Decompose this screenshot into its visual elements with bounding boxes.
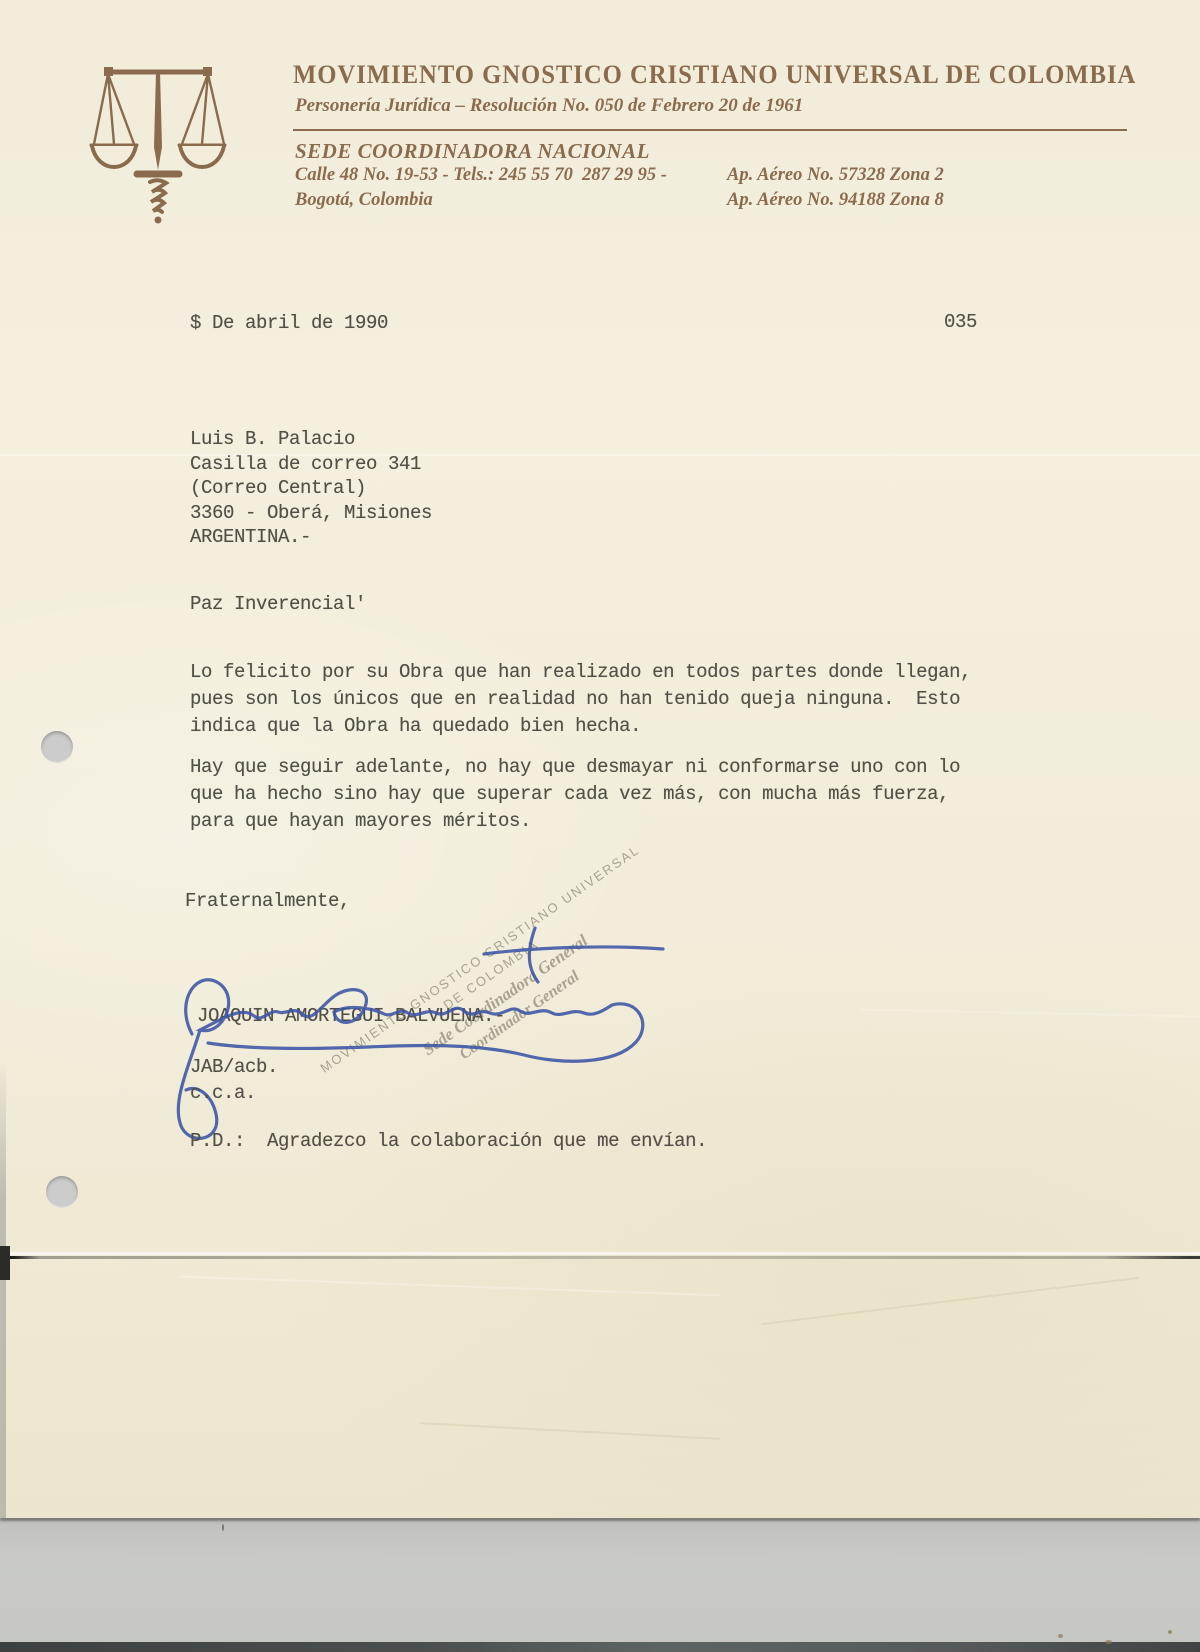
scan-speck [222, 1524, 224, 1531]
office-name: SEDE COORDINADORA NACIONAL [295, 139, 650, 164]
body-paragraph-2: Hay que seguir adelante, no hay que desm… [190, 754, 960, 835]
scan-speck [1105, 1640, 1112, 1644]
city-line: Bogotá, Colombia [295, 190, 433, 211]
paper-crease [860, 1008, 1200, 1017]
date-line: $ De abril de 1990 [190, 312, 388, 334]
po-box-1: Ap. Aéreo No. 57328 Zona 2 [727, 165, 944, 186]
street-and-phones: Calle 48 No. 19-53 - Tels.: 245 55 70 28… [295, 165, 667, 186]
hole-punch-bottom [46, 1176, 78, 1208]
legal-registration-line: Personería Jurídica – Resolución No. 050… [295, 95, 803, 117]
fold-line [0, 1256, 1200, 1259]
paper-left-edge-shadow [0, 1060, 6, 1518]
hole-punch-top [41, 731, 73, 763]
postscript: P.D.: Agradezco la colaboración que me e… [190, 1130, 707, 1152]
scales-of-justice-with-sword-icon [88, 52, 228, 232]
scan-speck [1168, 1630, 1172, 1634]
document-number: 035 [944, 311, 977, 333]
paper-crease [420, 1422, 720, 1440]
scanner-edge-shadow [0, 1642, 1200, 1652]
cc-line: c.c.a. [190, 1082, 256, 1104]
body-paragraph-1: Lo felicito por su Obra que han realizad… [190, 659, 971, 740]
scan-speck [1058, 1634, 1063, 1638]
letter-paper: MOVIMIENTO GNOSTICO CRISTIANO UNIVERSAL … [0, 0, 1200, 1518]
letterhead-rule [293, 129, 1127, 131]
po-box-2: Ap. Aéreo No. 94188 Zona 8 [727, 190, 944, 211]
paper-crease [0, 454, 1200, 456]
scanned-letter-screenshot: MOVIMIENTO GNOSTICO CRISTIANO UNIVERSAL … [0, 0, 1200, 1652]
recipient-address-block: Luis B. Palacio Casilla de correo 341 (C… [190, 427, 432, 550]
closing: Fraternalmente, [185, 890, 350, 912]
org-name: MOVIMIENTO GNOSTICO CRISTIANO UNIVERSAL … [293, 60, 1136, 90]
fold-edge-mark [0, 1246, 10, 1280]
scanner-background [0, 1516, 1200, 1652]
paper-crease [761, 1277, 1138, 1325]
handwritten-signature [158, 912, 718, 1147]
salutation: Paz Inverencial' [190, 593, 366, 615]
paper-crease [180, 1276, 720, 1297]
reference-initials: JAB/acb. [190, 1056, 278, 1078]
